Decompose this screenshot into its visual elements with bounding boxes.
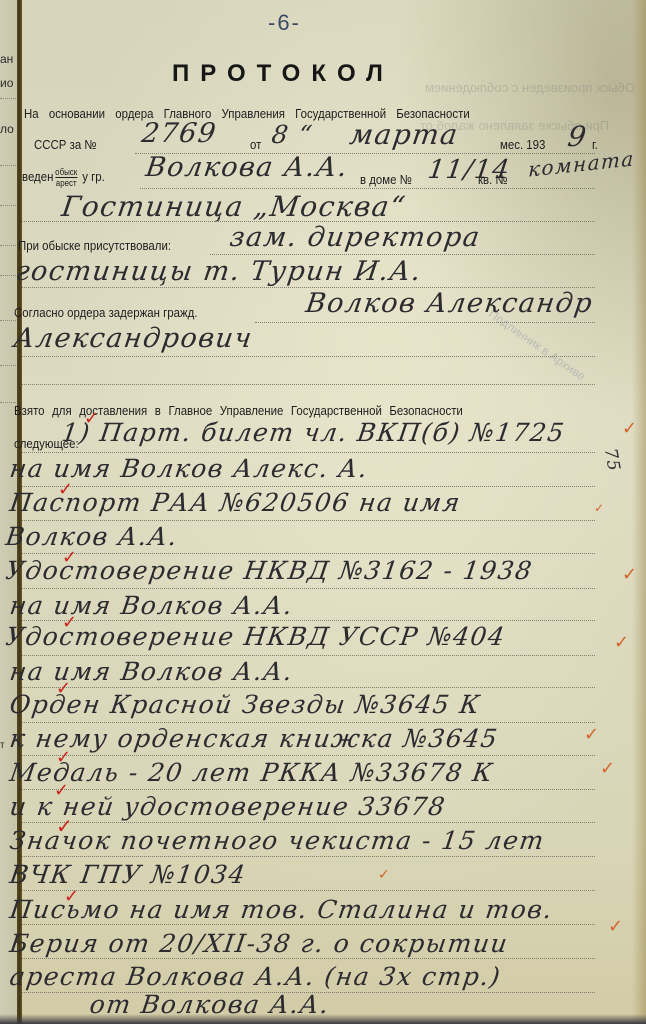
fraction-search: обыск [55,167,77,178]
from-label: от [250,137,261,152]
form-rule [22,384,595,385]
orange-check-icon: ✓ [600,760,615,778]
orange-check-icon: ✓ [584,726,599,744]
form-rule [22,486,595,487]
conducted-label: веденобыскарест у гр. [22,167,105,188]
subject-name: Волкова А.А. [144,152,350,183]
form-rule [210,254,595,255]
form-rule [255,322,595,323]
orange-check-icon: ✓ [622,566,637,584]
seized-item: ареста Волкова А.А. (на 3х стр.) [8,962,503,991]
search-arrest-fraction: обыскарест [55,167,77,188]
form-rule [22,588,595,589]
seized-item: 1) Парт. билет чл. ВКП(б) №1725 [60,418,567,447]
form-rule [22,755,595,756]
form-rule [22,655,595,656]
form-rule [22,553,595,554]
form-rule [22,822,595,823]
citizen-label: у гр. [82,169,105,184]
seized-item: на имя Волков А.А. [8,591,295,620]
page-bottom-edge [0,1014,646,1024]
seized-item: Волков А.А. [4,522,180,551]
seized-item: ВЧК ГПУ №1034 [8,860,248,889]
form-rule [140,188,595,189]
address-continuation: Гостиница „Москва“ [60,190,409,223]
prev-page-fragment: ио [0,76,13,90]
form-rule [22,789,595,790]
seized-item: к нему орденская книжка №3645 [8,724,500,753]
order-month: марта [348,118,461,151]
form-rule [22,856,595,857]
taken-label: Взято для доставления в Главное Управлен… [14,403,463,418]
form-rule [22,687,595,688]
fraction-arrest: арест [55,178,77,188]
order-year-digit: 9 [566,120,590,153]
form-rule [22,356,595,357]
conducted-word: веден [22,169,53,184]
apartment-label: кв. № [478,172,508,187]
form-rule [22,620,595,621]
page-number: -6- [268,10,301,36]
seized-item: Орден Красной Звезды №3645 К [8,690,483,719]
orange-check-icon: ✓ [622,420,637,438]
form-rule [22,520,595,521]
ussr-order-label: СССР за № [34,137,97,152]
seized-item: Паспорт РАА №620506 на имя [8,488,463,517]
house-label: в доме № [360,172,412,187]
present-label: При обыске присутствовали: [18,238,171,253]
orange-check-icon: ✓ [378,868,390,882]
bleed-through-text: Обыск произведен с соблюдением [425,80,635,95]
protocol-page: ан ио ло т Обыск произведен с соблюдение… [0,0,646,1024]
month-year-label: мес. 193 [500,137,545,152]
form-rule [22,958,595,959]
detained-label: Согласно ордера задержан гражд. [14,305,197,320]
seized-item: Удостоверение НКВД №3162 - 1938 [4,556,535,585]
seized-item: Удостоверение НКВД УССР №404 [4,622,508,651]
seized-item: и к ней удостоверение 33678 [8,792,448,821]
orange-check-icon: ✓ [614,634,629,652]
present-value-1: зам. директора [228,222,483,253]
seized-item: Письмо на имя тов. Сталина и тов. [8,895,555,924]
prev-page-fragment: т [0,740,5,751]
detained-value-2: Александрович [12,323,255,354]
form-rule [22,924,595,925]
form-rule [22,722,595,723]
seized-item: на имя Волков А.А. [8,657,295,686]
seized-item: Медаль - 20 лет РККА №33678 К [8,758,496,787]
detained-value-1: Волков Александр [304,288,595,319]
seized-item: Значок почетного чекиста - 15 лет [8,826,547,855]
orange-check-icon: ✓ [594,502,604,514]
prev-page-fragment: ло [0,122,14,136]
seized-item: Берия от 20/XII-38 г. о сокрытии [8,929,510,958]
order-number: 2769 [140,118,219,149]
form-rule [22,452,595,453]
order-day: 8 “ [270,120,315,149]
prev-page-fragment: ан [0,52,13,66]
margin-note: 75 [600,447,624,474]
present-value-2: гостиницы т. Турин И.А. [14,256,424,287]
document-title: ПРОТОКОЛ [172,60,394,88]
form-rule [22,890,595,891]
orange-check-icon: ✓ [608,918,623,936]
